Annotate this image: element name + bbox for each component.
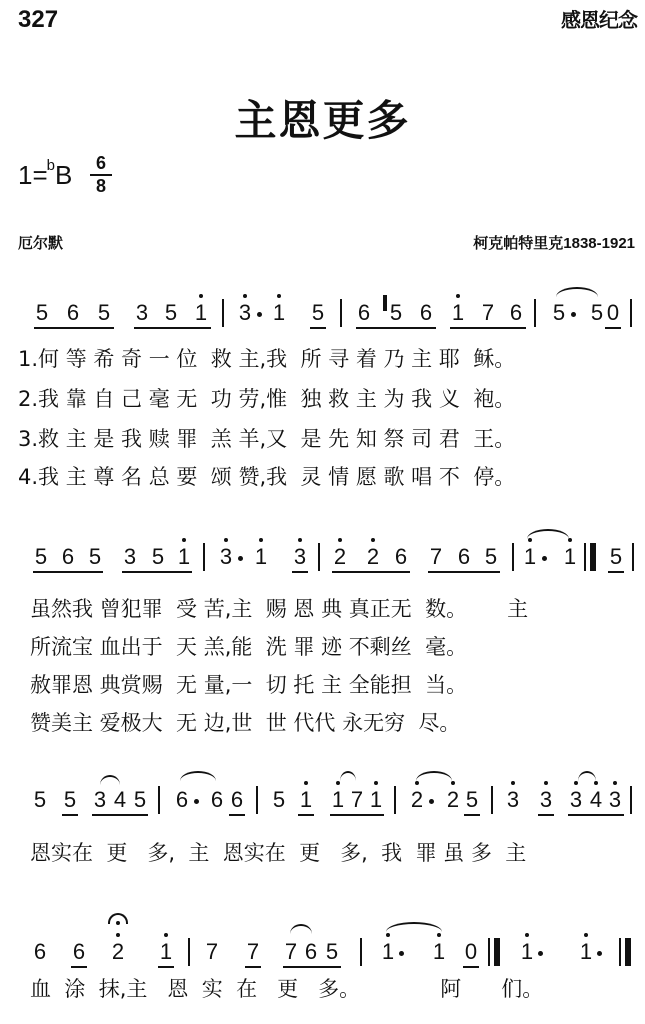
note: 5 [163, 301, 179, 325]
page-number: 327 [18, 6, 58, 34]
note: 6 [32, 940, 48, 964]
octave-dot [116, 933, 120, 937]
note: 3 [292, 545, 308, 569]
note: 1 [519, 940, 535, 964]
time-signature: 6 8 [90, 154, 112, 196]
octave-dot [456, 294, 460, 298]
octave-dot [164, 933, 168, 937]
note: 2 [445, 788, 461, 812]
octave-dot [259, 538, 263, 542]
underline [298, 814, 314, 816]
note: 6 [418, 301, 434, 325]
note: 3 [134, 301, 150, 325]
note: 1 [193, 301, 209, 325]
barline [534, 299, 536, 327]
octave-dot [374, 781, 378, 785]
barline [222, 299, 224, 327]
underline [283, 966, 341, 968]
barline [632, 543, 634, 571]
aug-dot [257, 312, 262, 317]
aug-dot [597, 951, 602, 956]
lyric-verse-2: 2.我 靠 自 己 毫 无 功 劳,惟 独 救 主 为 我 义 袍。 [18, 387, 515, 411]
note: 5 [464, 788, 480, 812]
barline [394, 786, 396, 814]
note: 2 [409, 788, 425, 812]
note: 7 [204, 940, 220, 964]
note: 4 [112, 788, 128, 812]
note: 6 [174, 788, 190, 812]
note: 2 [332, 545, 348, 569]
aug-dot [194, 799, 199, 804]
note: 6 [393, 545, 409, 569]
note: 3 [607, 788, 623, 812]
note: 4 [588, 788, 604, 812]
barline [630, 299, 632, 327]
underline [62, 814, 78, 816]
note: 5 [34, 301, 50, 325]
lyric-chorus-1: 虽然我 曾犯罪 受 苦,主 赐 恩 典 真正无 数。 主 [30, 597, 528, 621]
barline [256, 786, 258, 814]
slur [290, 924, 312, 934]
slur [527, 529, 569, 539]
note: 5 [132, 788, 148, 812]
slur [180, 771, 216, 781]
note: 1 [176, 545, 192, 569]
barline [491, 786, 493, 814]
octave-dot [568, 538, 572, 542]
note: 5 [483, 545, 499, 569]
note: 6 [356, 301, 372, 325]
lyric-chorus-2: 所流宝 血出于 天 羔,能 洗 罪 迹 不剩丝 毫。 [30, 635, 467, 659]
note: 0 [463, 940, 479, 964]
notation-line-1: 5 6 5 3 5 1 3 1 5 6 5 6 1 7 6 5 5 0 [0, 293, 645, 333]
octave-dot [584, 933, 588, 937]
key-prefix: 1= [18, 160, 48, 190]
octave-dot [544, 781, 548, 785]
underline [134, 327, 211, 329]
lyric-verse-1: 1.何 等 希 奇 一 位 救 主,我 所 寻 着 乃 主 耶 稣。 [18, 347, 515, 371]
slur [386, 922, 442, 932]
time-bottom: 8 [90, 177, 112, 196]
note: 7 [245, 940, 261, 964]
barline [512, 543, 514, 571]
note: 1 [158, 940, 174, 964]
note: 5 [62, 788, 78, 812]
octave-dot [386, 933, 390, 937]
note: 5 [388, 301, 404, 325]
note: 5 [608, 545, 624, 569]
underline [568, 814, 624, 816]
barline [203, 543, 205, 571]
note: 5 [87, 545, 103, 569]
underline [92, 814, 148, 816]
key-note: B [55, 160, 72, 190]
note: 7 [349, 788, 365, 812]
aug-dot [538, 951, 543, 956]
octave-dot [304, 781, 308, 785]
note: 5 [96, 301, 112, 325]
note: 3 [538, 788, 554, 812]
note: 5 [33, 545, 49, 569]
note: 6 [65, 301, 81, 325]
note: 3 [92, 788, 108, 812]
underline [356, 327, 436, 329]
final-barline [625, 938, 631, 966]
underline [229, 814, 245, 816]
barline [584, 543, 586, 571]
note: 1 [253, 545, 269, 569]
note: 5 [150, 545, 166, 569]
barline [188, 938, 190, 966]
note: 5 [589, 301, 605, 325]
note: 1 [380, 940, 396, 964]
aug-dot [429, 799, 434, 804]
note: 3 [218, 545, 234, 569]
underline [608, 571, 624, 573]
underline [464, 814, 480, 816]
note: 7 [428, 545, 444, 569]
notation-line-3: 5 5 3 4 5 6 6 6 5 1 1 7 1 2 2 5 3 3 3 4 … [0, 780, 645, 820]
note: 3 [122, 545, 138, 569]
note: 1 [578, 940, 594, 964]
barline [360, 938, 362, 966]
octave-dot [613, 781, 617, 785]
octave-dot [415, 781, 419, 785]
repeat-barline [590, 543, 596, 571]
underline [310, 327, 326, 329]
octave-dot [437, 933, 441, 937]
note: 3 [505, 788, 521, 812]
octave-dot [298, 538, 302, 542]
octave-dot [277, 294, 281, 298]
lyric-refrain-2: 血 涂 抹,主 恩 实 在 更 多。 阿 们。 [30, 977, 543, 1001]
fermata-dot [116, 921, 120, 925]
note: 6 [456, 545, 472, 569]
octave-dot [574, 781, 578, 785]
aug-dot [238, 556, 243, 561]
slur [578, 771, 596, 781]
note: 6 [71, 940, 87, 964]
note: 7 [480, 301, 496, 325]
note: 1 [298, 788, 314, 812]
underline [292, 571, 308, 573]
slur [100, 775, 120, 785]
note: 6 [60, 545, 76, 569]
note: 1 [562, 545, 578, 569]
key-signature: 1=bB [18, 160, 72, 191]
barline [340, 299, 342, 327]
final-barline [494, 938, 500, 966]
notation-line-2: 5 6 5 3 5 1 3 1 3 2 2 6 7 6 5 1 1 5 [0, 537, 645, 577]
underline [71, 966, 87, 968]
note: 5 [32, 788, 48, 812]
slur [340, 771, 356, 781]
lyric-refrain-1: 恩实在 更 多, 主 恩实在 更 多, 我 罪 虽 多 主 [30, 841, 526, 865]
note: 5 [551, 301, 567, 325]
aug-dot [542, 556, 547, 561]
barline [318, 543, 320, 571]
octave-dot [182, 538, 186, 542]
octave-dot [224, 538, 228, 542]
note: 5 [310, 301, 326, 325]
octave-dot [243, 294, 247, 298]
section-title: 感恩纪念 [561, 4, 637, 33]
octave-dot [594, 781, 598, 785]
note: 6 [229, 788, 245, 812]
lyric-chorus-4: 赞美主 爱极大 无 边,世 世 代代 永无穷 尽。 [30, 711, 460, 735]
octave-dot [525, 933, 529, 937]
note: 6 [303, 940, 319, 964]
underline [34, 327, 114, 329]
note: 1 [450, 301, 466, 325]
underline [428, 571, 500, 573]
note: 1 [368, 788, 384, 812]
underline [330, 814, 384, 816]
underline [158, 966, 174, 968]
note: 7 [283, 940, 299, 964]
octave-dot [199, 294, 203, 298]
octave-dot [451, 781, 455, 785]
octave-dot [371, 538, 375, 542]
note: 1 [431, 940, 447, 964]
lyric-verse-3: 3.救 主 是 我 赎 罪 羔 羊,又 是 先 知 祭 司 君 王。 [18, 427, 515, 451]
slur [416, 771, 452, 781]
octave-dot [336, 781, 340, 785]
flat-sign: b [47, 157, 55, 174]
notation-line-4: 6 6 2 1 7 7 7 6 5 1 1 0 1 1 [0, 932, 645, 972]
lyric-verse-4: 4.我 主 尊 名 总 要 颂 赞,我 灵 情 愿 歌 唱 不 停。 [18, 465, 515, 489]
barline [158, 786, 160, 814]
slur [556, 287, 598, 297]
lyricist: 厄尔默 [18, 232, 63, 253]
note: 3 [237, 301, 253, 325]
underline [332, 571, 410, 573]
note: 1 [330, 788, 346, 812]
note: 2 [365, 545, 381, 569]
composer: 柯克帕特里克1838-1921 [473, 232, 635, 253]
note: 3 [568, 788, 584, 812]
song-title: 主恩更多 [0, 88, 645, 148]
underline [605, 327, 621, 329]
note: 5 [271, 788, 287, 812]
note: 5 [324, 940, 340, 964]
octave-dot [528, 538, 532, 542]
barline [488, 938, 490, 966]
note: 6 [209, 788, 225, 812]
aug-dot [399, 951, 404, 956]
underline [450, 327, 526, 329]
underline [122, 571, 192, 573]
underline [463, 966, 479, 968]
note: 1 [522, 545, 538, 569]
underline [245, 966, 261, 968]
note: 6 [508, 301, 524, 325]
octave-dot [511, 781, 515, 785]
note: 0 [605, 301, 621, 325]
octave-dot [338, 538, 342, 542]
aug-dot [571, 312, 576, 317]
barline [630, 786, 632, 814]
note: 1 [271, 301, 287, 325]
time-top: 6 [90, 154, 112, 173]
natural-sign [383, 295, 387, 311]
underline [538, 814, 554, 816]
underline [33, 571, 103, 573]
note: 2 [110, 940, 126, 964]
lyric-chorus-3: 赦罪恩 典赏赐 无 量,一 切 托 主 全能担 当。 [30, 673, 467, 697]
barline [619, 938, 621, 966]
